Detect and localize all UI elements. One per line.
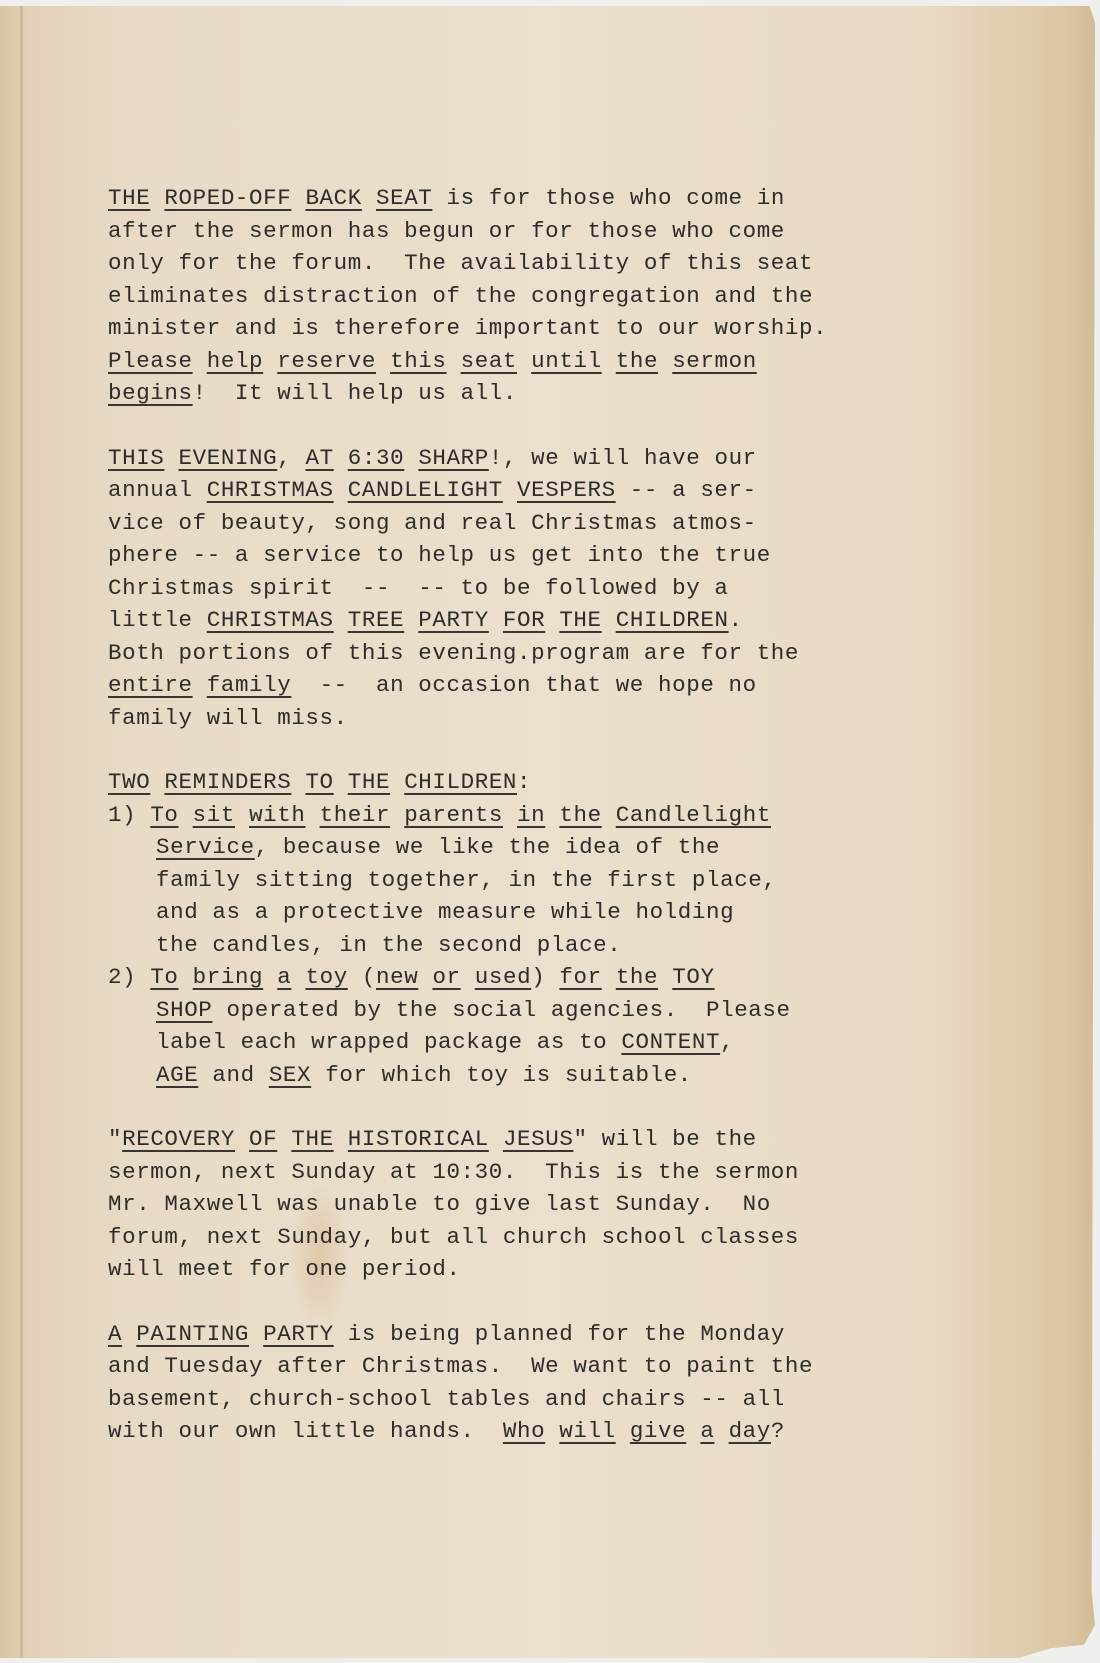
text-line: Service, because we like the idea of the: [108, 831, 928, 864]
underlined-text: BACK: [305, 185, 361, 211]
paragraph-recovery-of-historical-jesus: "RECOVERY OF THE HISTORICAL JESUS" will …: [108, 1123, 928, 1286]
text-run: , because we like the idea of the: [255, 834, 720, 860]
text-run: Both portions of this evening.program ar…: [108, 640, 799, 666]
text-run: phere -- a service to help us get into t…: [108, 542, 771, 568]
underlined-text: bring: [193, 964, 264, 990]
underlined-text: THE: [559, 607, 601, 633]
text-run: !, we will have our: [489, 445, 757, 471]
underlined-text: THIS: [108, 445, 164, 471]
underlined-text: with: [249, 802, 305, 828]
text-run: [193, 348, 207, 374]
text-run: is for those who come in: [432, 185, 785, 211]
text-run: [291, 769, 305, 795]
underlined-text: HISTORICAL: [348, 1126, 489, 1152]
text-run: [489, 1126, 503, 1152]
text-line: with our own little hands. Who will give…: [108, 1415, 928, 1448]
text-run: only for the forum. The availability of …: [108, 250, 813, 276]
text-run: [263, 964, 277, 990]
underlined-text: ROPED-OFF: [164, 185, 291, 211]
underlined-text: family: [207, 672, 292, 698]
text-run: [334, 477, 348, 503]
underlined-text: begins: [108, 380, 193, 406]
text-run: 2): [108, 964, 150, 990]
underlined-text: VESPERS: [517, 477, 616, 503]
underlined-text: this: [390, 348, 446, 374]
text-run: annual: [108, 477, 207, 503]
text-run: [122, 1321, 136, 1347]
underlined-text: AGE: [156, 1062, 198, 1088]
text-run: after the sermon has begun or for those …: [108, 218, 785, 244]
text-run: and as a protective measure while holdin…: [156, 899, 734, 925]
text-run: minister and is therefore important to o…: [108, 315, 827, 341]
text-run: the candles, in the second place.: [156, 932, 621, 958]
text-run: [235, 1126, 249, 1152]
text-run: [334, 445, 348, 471]
text-run: [658, 964, 672, 990]
underlined-text: TREE: [348, 607, 404, 633]
underlined-text: FOR: [503, 607, 545, 633]
underlined-text: reserve: [277, 348, 376, 374]
text-run: eliminates distraction of the congregati…: [108, 283, 813, 309]
paper-fold-line: [20, 6, 23, 1658]
text-run: [686, 1418, 700, 1444]
text-run: [179, 802, 193, 828]
underlined-text: RECOVERY: [122, 1126, 235, 1152]
text-run: [461, 964, 475, 990]
text-run: [291, 185, 305, 211]
text-run: operated by the social agencies. Please: [212, 997, 790, 1023]
text-line: TWO REMINDERS TO THE CHILDREN:: [108, 766, 928, 799]
text-run: [545, 607, 559, 633]
text-run: [179, 964, 193, 990]
text-run: [390, 769, 404, 795]
text-run: [150, 185, 164, 211]
text-run: ,: [720, 1029, 734, 1055]
text-run: ?: [771, 1418, 785, 1444]
paragraph-roped-off-back-seat: THE ROPED-OFF BACK SEAT is for those who…: [108, 182, 928, 410]
text-run: [404, 607, 418, 633]
text-run: ! It will help us all.: [193, 380, 517, 406]
underlined-text: SEAT: [376, 185, 432, 211]
text-run: will meet for one period.: [108, 1256, 461, 1282]
underlined-text: the: [616, 348, 658, 374]
text-run: [418, 964, 432, 990]
text-run: [291, 964, 305, 990]
text-line: basement, church-school tables and chair…: [108, 1383, 928, 1416]
underlined-text: the: [616, 964, 658, 990]
text-run: [404, 445, 418, 471]
text-run: [714, 1418, 728, 1444]
text-run: is being planned for the Monday: [334, 1321, 785, 1347]
underlined-text: OF: [249, 1126, 277, 1152]
underlined-text: TO: [305, 769, 333, 795]
underlined-text: A: [108, 1321, 122, 1347]
text-line: AGE and SEX for which toy is suitable.: [108, 1059, 928, 1092]
underlined-text: until: [531, 348, 602, 374]
text-line: 1) To sit with their parents in the Cand…: [108, 799, 928, 832]
text-line: annual CHRISTMAS CANDLELIGHT VESPERS -- …: [108, 474, 928, 507]
text-run: [658, 348, 672, 374]
underlined-text: Service: [156, 834, 255, 860]
underlined-text: CONTENT: [621, 1029, 720, 1055]
underlined-text: SEX: [269, 1062, 311, 1088]
text-run: [263, 348, 277, 374]
text-run: [503, 802, 517, 828]
text-line: phere -- a service to help us get into t…: [108, 539, 928, 572]
bulletin-text: THE ROPED-OFF BACK SEAT is for those who…: [108, 182, 928, 1480]
text-line: THE ROPED-OFF BACK SEAT is for those who…: [108, 182, 928, 215]
text-run: [602, 802, 616, 828]
text-line: forum, next Sunday, but all church schoo…: [108, 1221, 928, 1254]
text-run: [602, 348, 616, 374]
text-run: [362, 185, 376, 211]
text-line: sermon, next Sunday at 10:30. This is th…: [108, 1156, 928, 1189]
text-run: [164, 445, 178, 471]
text-line: will meet for one period.: [108, 1253, 928, 1286]
underlined-text: sit: [193, 802, 235, 828]
underlined-text: TWO: [108, 769, 150, 795]
underlined-text: To: [150, 964, 178, 990]
text-line: family will miss.: [108, 702, 928, 735]
underlined-text: seat: [461, 348, 517, 374]
text-line: 2) To bring a toy (new or used) for the …: [108, 961, 928, 994]
underlined-text: Please: [108, 348, 193, 374]
text-run: family will miss.: [108, 705, 348, 731]
text-run: [277, 1126, 291, 1152]
underlined-text: CHRISTMAS: [207, 477, 334, 503]
underlined-text: a: [277, 964, 291, 990]
underlined-text: in: [517, 802, 545, 828]
underlined-text: SHARP: [418, 445, 489, 471]
underlined-text: toy: [305, 964, 347, 990]
text-line: Mr. Maxwell was unable to give last Sund…: [108, 1188, 928, 1221]
text-line: begins! It will help us all.: [108, 377, 928, 410]
text-run: Mr. Maxwell was unable to give last Sund…: [108, 1191, 771, 1217]
text-line: and as a protective measure while holdin…: [108, 896, 928, 929]
underlined-text: help: [207, 348, 263, 374]
text-run: [602, 964, 616, 990]
text-line: vice of beauty, song and real Christmas …: [108, 507, 928, 540]
text-run: [602, 607, 616, 633]
underlined-text: AT: [305, 445, 333, 471]
underlined-text: REMINDERS: [164, 769, 291, 795]
underlined-text: Who: [503, 1418, 545, 1444]
typewritten-page: THE ROPED-OFF BACK SEAT is for those who…: [0, 6, 1095, 1658]
text-run: ": [108, 1126, 122, 1152]
text-line: family sitting together, in the first pl…: [108, 864, 928, 897]
text-line: after the sermon has begun or for those …: [108, 215, 928, 248]
text-run: [503, 477, 517, 503]
text-run: [390, 802, 404, 828]
text-run: ,: [277, 445, 305, 471]
text-run: basement, church-school tables and chair…: [108, 1386, 785, 1412]
text-line: label each wrapped package as to CONTENT…: [108, 1026, 928, 1059]
text-run: -- an occasion that we hope no: [291, 672, 756, 698]
text-run: [517, 348, 531, 374]
underlined-text: parents: [404, 802, 503, 828]
text-line: SHOP operated by the social agencies. Pl…: [108, 994, 928, 1027]
paragraph-christmas-candlelight-vespers: THIS EVENING, AT 6:30 SHARP!, we will ha…: [108, 442, 928, 735]
underlined-text: PAINTING: [136, 1321, 249, 1347]
underlined-text: a: [700, 1418, 714, 1444]
text-run: with our own little hands.: [108, 1418, 503, 1444]
underlined-text: 6:30: [348, 445, 404, 471]
text-run: ): [531, 964, 559, 990]
text-line: Both portions of this evening.program ar…: [108, 637, 928, 670]
text-line: and Tuesday after Christmas. We want to …: [108, 1350, 928, 1383]
text-run: .: [729, 607, 743, 633]
underlined-text: CHILDREN: [404, 769, 517, 795]
text-line: entire family -- an occasion that we hop…: [108, 669, 928, 702]
underlined-text: used: [475, 964, 531, 990]
underlined-text: CHRISTMAS: [207, 607, 334, 633]
text-run: [545, 1418, 559, 1444]
underlined-text: THE: [291, 1126, 333, 1152]
underlined-text: TOY: [672, 964, 714, 990]
text-run: [150, 769, 164, 795]
underlined-text: will: [559, 1418, 615, 1444]
text-run: [616, 1418, 630, 1444]
underlined-text: sermon: [672, 348, 757, 374]
paragraph-two-reminders: TWO REMINDERS TO THE CHILDREN:1) To sit …: [108, 766, 928, 1091]
underlined-text: EVENING: [179, 445, 278, 471]
text-line: A PAINTING PARTY is being planned for th…: [108, 1318, 928, 1351]
underlined-text: the: [559, 802, 601, 828]
text-run: forum, next Sunday, but all church schoo…: [108, 1224, 799, 1250]
underlined-text: for: [559, 964, 601, 990]
text-run: vice of beauty, song and real Christmas …: [108, 510, 757, 536]
underlined-text: their: [320, 802, 391, 828]
underlined-text: entire: [108, 672, 193, 698]
underlined-text: day: [729, 1418, 771, 1444]
text-run: label each wrapped package as to: [156, 1029, 621, 1055]
underlined-text: To: [150, 802, 178, 828]
underlined-text: new: [376, 964, 418, 990]
text-run: family sitting together, in the first pl…: [156, 867, 777, 893]
underlined-text: PARTY: [418, 607, 489, 633]
text-run: (: [348, 964, 376, 990]
underlined-text: CANDLELIGHT: [348, 477, 503, 503]
underlined-text: or: [432, 964, 460, 990]
text-run: [305, 802, 319, 828]
text-run: [235, 802, 249, 828]
text-line: "RECOVERY OF THE HISTORICAL JESUS" will …: [108, 1123, 928, 1156]
underlined-text: THE: [348, 769, 390, 795]
underlined-text: CHILDREN: [616, 607, 729, 633]
underlined-text: give: [630, 1418, 686, 1444]
text-line: Please help reserve this seat until the …: [108, 345, 928, 378]
underlined-text: PARTY: [263, 1321, 334, 1347]
text-line: Christmas spirit -- -- to be followed by…: [108, 572, 928, 605]
text-run: :: [517, 769, 531, 795]
text-line: eliminates distraction of the congregati…: [108, 280, 928, 313]
text-run: " will be the: [573, 1126, 756, 1152]
text-line: minister and is therefore important to o…: [108, 312, 928, 345]
text-run: and: [198, 1062, 269, 1088]
underlined-text: Candlelight: [616, 802, 771, 828]
text-run: little: [108, 607, 207, 633]
text-run: [334, 1126, 348, 1152]
text-line: little CHRISTMAS TREE PARTY FOR THE CHIL…: [108, 604, 928, 637]
text-run: [545, 802, 559, 828]
underlined-text: JESUS: [503, 1126, 574, 1152]
text-line: only for the forum. The availability of …: [108, 247, 928, 280]
text-run: sermon, next Sunday at 10:30. This is th…: [108, 1159, 799, 1185]
underlined-text: SHOP: [156, 997, 212, 1023]
text-run: Christmas spirit -- -- to be followed by…: [108, 575, 729, 601]
text-run: [447, 348, 461, 374]
text-run: [249, 1321, 263, 1347]
text-run: and Tuesday after Christmas. We want to …: [108, 1353, 813, 1379]
text-run: [376, 348, 390, 374]
paragraph-painting-party: A PAINTING PARTY is being planned for th…: [108, 1318, 928, 1448]
text-run: 1): [108, 802, 150, 828]
text-line: THIS EVENING, AT 6:30 SHARP!, we will ha…: [108, 442, 928, 475]
text-line: the candles, in the second place.: [108, 929, 928, 962]
text-run: [334, 607, 348, 633]
text-run: -- a ser-: [616, 477, 757, 503]
text-run: [334, 769, 348, 795]
underlined-text: THE: [108, 185, 150, 211]
text-run: [489, 607, 503, 633]
text-run: [193, 672, 207, 698]
text-run: for which toy is suitable.: [311, 1062, 692, 1088]
